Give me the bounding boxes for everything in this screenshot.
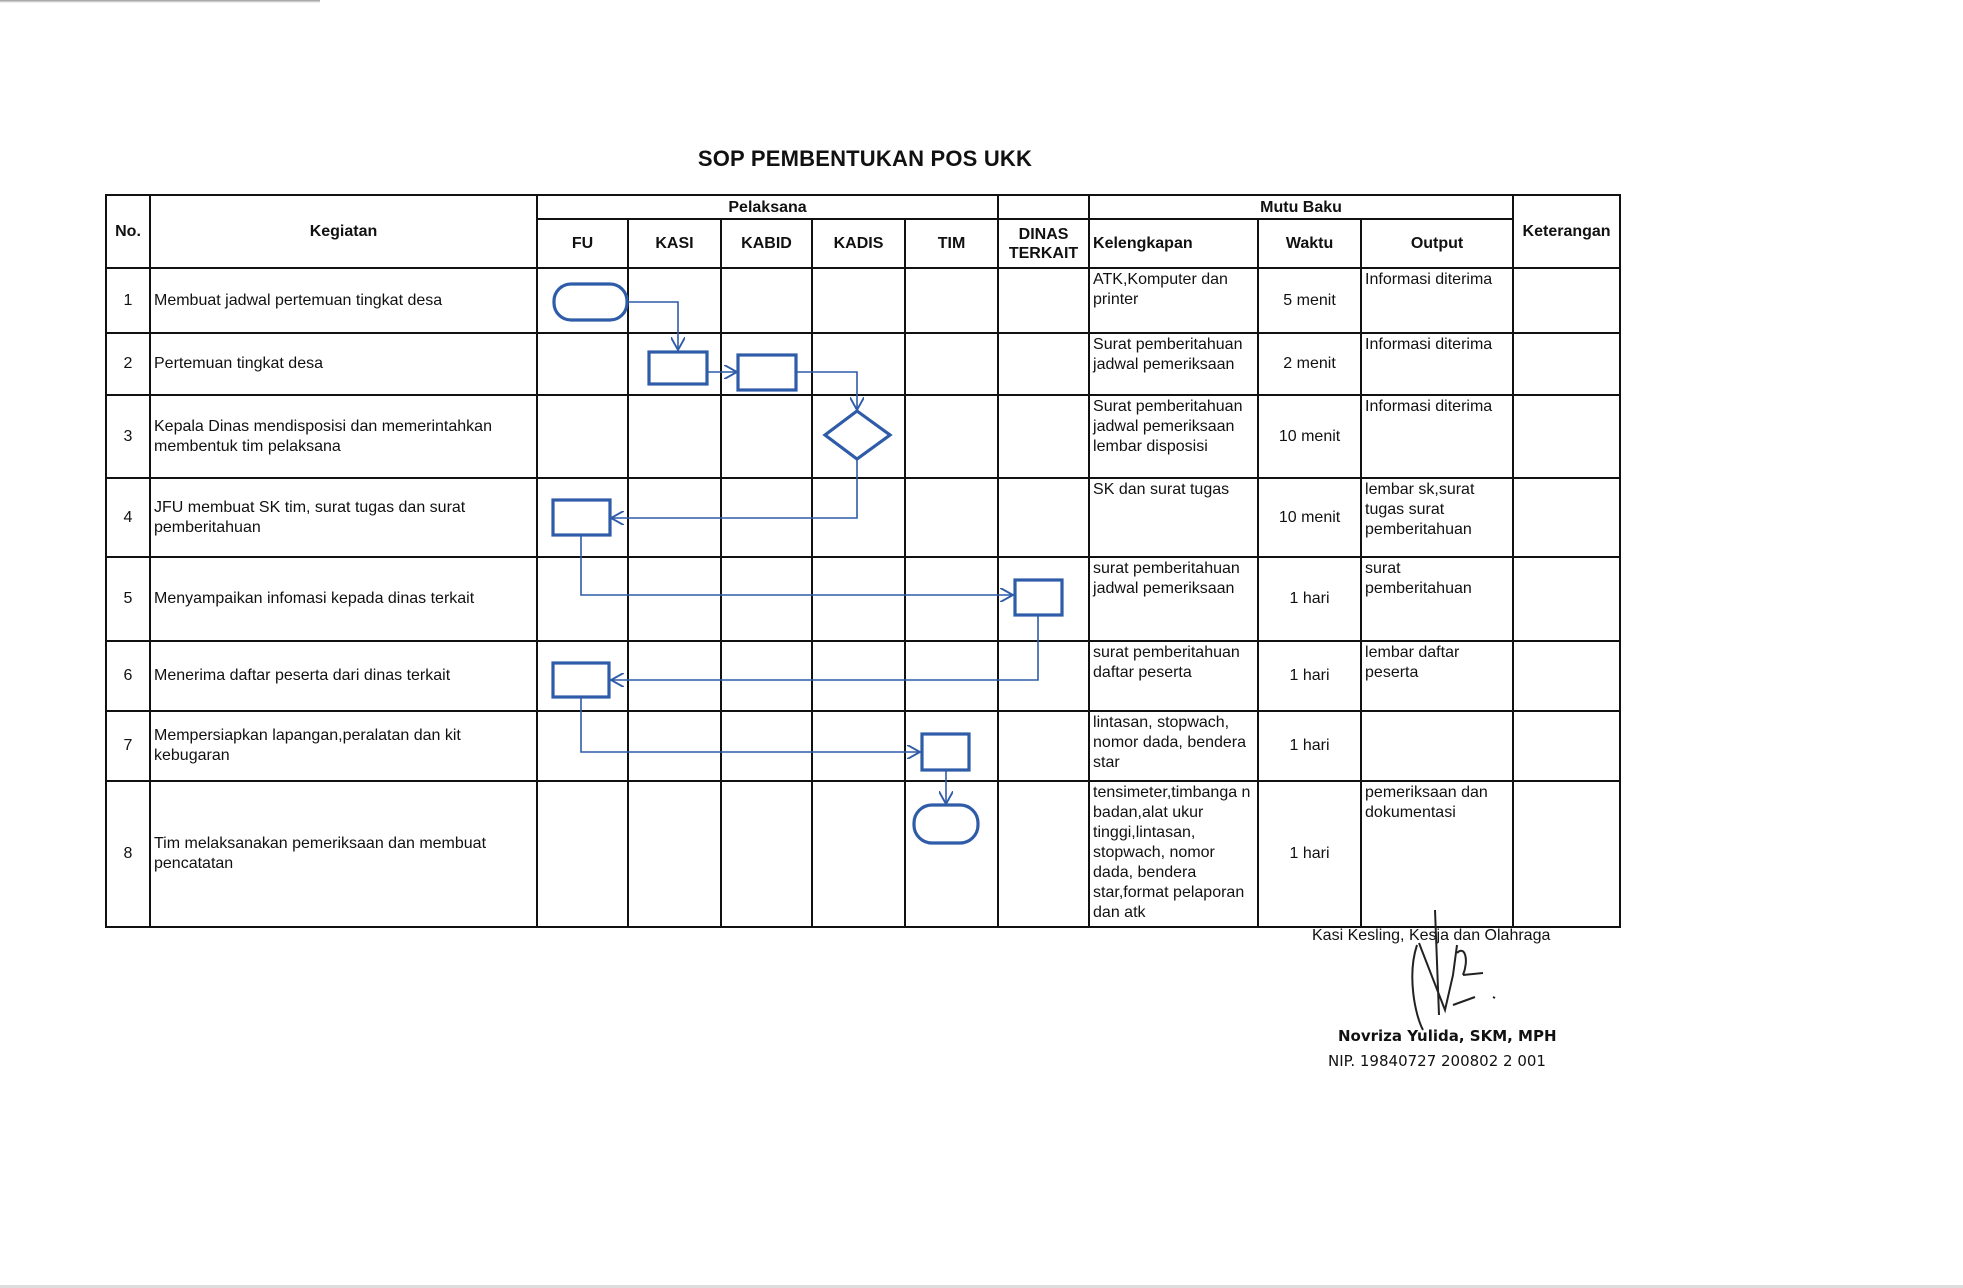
table-row: 4JFU membuat SK tim, surat tugas dan sur… [106, 478, 1620, 557]
lane-tim [905, 478, 998, 557]
lane-tim [905, 268, 998, 333]
row-output: Informasi diterima [1361, 268, 1513, 333]
row-kegiatan: JFU membuat SK tim, surat tugas dan sura… [150, 478, 537, 557]
signatory-name: Novriza Yulida, SKM, MPH [1338, 1027, 1557, 1045]
table-row: 7Mempersiapkan lapangan,peralatan dan ki… [106, 711, 1620, 781]
header-blank [998, 195, 1089, 219]
scan-edge [0, 0, 320, 3]
row-keterangan [1513, 641, 1620, 711]
row-kelengkapan: Surat pemberitahuan jadwal pemeriksaan [1089, 333, 1258, 395]
table-row: 8Tim melaksanakan pemeriksaan dan membua… [106, 781, 1620, 927]
row-output: lembar daftar peserta [1361, 641, 1513, 711]
header-mutu-baku: Mutu Baku [1089, 195, 1513, 219]
signature-scribble [1405, 905, 1525, 1035]
lane-kasi [628, 478, 721, 557]
row-keterangan [1513, 711, 1620, 781]
row-keterangan [1513, 333, 1620, 395]
lane-tim [905, 333, 998, 395]
lane-fu [537, 711, 628, 781]
lane-fu [537, 395, 628, 478]
row-kelengkapan: lintasan, stopwach, nomor dada, bendera … [1089, 711, 1258, 781]
lane-kasi [628, 781, 721, 927]
signatory-nip: NIP. 19840727 200802 2 001 [1328, 1052, 1546, 1070]
row-kegiatan: Membuat jadwal pertemuan tingkat desa [150, 268, 537, 333]
lane-tim [905, 557, 998, 641]
row-keterangan [1513, 478, 1620, 557]
lane-kasi [628, 268, 721, 333]
lane-kadis [812, 333, 905, 395]
lane-tim [905, 395, 998, 478]
lane-kabid [721, 781, 812, 927]
row-waktu: 1 hari [1258, 711, 1361, 781]
header-fu: FU [537, 219, 628, 268]
lane-kabid [721, 333, 812, 395]
document-title: SOP PEMBENTUKAN POS UKK [0, 146, 1730, 172]
row-waktu: 1 hari [1258, 781, 1361, 927]
row-kelengkapan: SK dan surat tugas [1089, 478, 1258, 557]
lane-kadis [812, 395, 905, 478]
row-kegiatan: Tim melaksanakan pemeriksaan dan membuat… [150, 781, 537, 927]
row-keterangan [1513, 395, 1620, 478]
lane-dinas-terkait [998, 333, 1089, 395]
header-no: No. [106, 195, 150, 268]
row-number: 6 [106, 641, 150, 711]
lane-kadis [812, 268, 905, 333]
row-kegiatan: Mempersiapkan lapangan,peralatan dan kit… [150, 711, 537, 781]
row-waktu: 10 menit [1258, 478, 1361, 557]
header-kegiatan: Kegiatan [150, 195, 537, 268]
row-number: 1 [106, 268, 150, 333]
row-keterangan [1513, 781, 1620, 927]
lane-kasi [628, 333, 721, 395]
header-kelengkapan: Kelengkapan [1089, 219, 1258, 268]
row-keterangan [1513, 268, 1620, 333]
lane-fu [537, 641, 628, 711]
lane-kabid [721, 395, 812, 478]
row-kelengkapan: tensimeter,timbanga n badan,alat ukur ti… [1089, 781, 1258, 927]
header-output: Output [1361, 219, 1513, 268]
row-waktu: 5 menit [1258, 268, 1361, 333]
header-kasi: KASI [628, 219, 721, 268]
lane-kadis [812, 641, 905, 711]
lane-dinas-terkait [998, 268, 1089, 333]
lane-dinas-terkait [998, 557, 1089, 641]
header-kabid: KABID [721, 219, 812, 268]
lane-dinas-terkait [998, 781, 1089, 927]
lane-dinas-terkait [998, 478, 1089, 557]
row-waktu: 1 hari [1258, 557, 1361, 641]
row-number: 3 [106, 395, 150, 478]
lane-dinas-terkait [998, 395, 1089, 478]
lane-fu [537, 478, 628, 557]
lane-kasi [628, 711, 721, 781]
row-output: surat pemberitahuan [1361, 557, 1513, 641]
lane-dinas-terkait [998, 641, 1089, 711]
header-keterangan: Keterangan [1513, 195, 1620, 268]
row-output: Informasi diterima [1361, 333, 1513, 395]
lane-kabid [721, 641, 812, 711]
row-kelengkapan: ATK,Komputer dan printer [1089, 268, 1258, 333]
row-number: 5 [106, 557, 150, 641]
row-keterangan [1513, 557, 1620, 641]
row-number: 8 [106, 781, 150, 927]
header-pelaksana: Pelaksana [537, 195, 998, 219]
header-waktu: Waktu [1258, 219, 1361, 268]
table-row: 3Kepala Dinas mendisposisi dan memerinta… [106, 395, 1620, 478]
table-row: 2Pertemuan tingkat desaSurat pemberitahu… [106, 333, 1620, 395]
lane-fu [537, 333, 628, 395]
lane-fu [537, 268, 628, 333]
lane-kabid [721, 557, 812, 641]
row-waktu: 10 menit [1258, 395, 1361, 478]
table-row: 6Menerima daftar peserta dari dinas terk… [106, 641, 1620, 711]
header-kadis: KADIS [812, 219, 905, 268]
row-kegiatan: Pertemuan tingkat desa [150, 333, 537, 395]
row-number: 4 [106, 478, 150, 557]
header-dinas-terkait: DINAS TERKAIT [998, 219, 1089, 268]
lane-kasi [628, 395, 721, 478]
lane-kabid [721, 268, 812, 333]
row-number: 7 [106, 711, 150, 781]
row-output: lembar sk,surat tugas surat pemberitahua… [1361, 478, 1513, 557]
row-kegiatan: Menyampaikan infomasi kepada dinas terka… [150, 557, 537, 641]
row-waktu: 1 hari [1258, 641, 1361, 711]
sop-table: No. Kegiatan Pelaksana Mutu Baku Keteran… [105, 194, 1621, 928]
lane-tim [905, 781, 998, 927]
header-tim: TIM [905, 219, 998, 268]
lane-kadis [812, 557, 905, 641]
row-waktu: 2 menit [1258, 333, 1361, 395]
table-row: 1Membuat jadwal pertemuan tingkat desaAT… [106, 268, 1620, 333]
lane-dinas-terkait [998, 711, 1089, 781]
lane-kasi [628, 641, 721, 711]
lane-kadis [812, 781, 905, 927]
row-kegiatan: Kepala Dinas mendisposisi dan memerintah… [150, 395, 537, 478]
row-kelengkapan: surat pemberitahuan jadwal pemeriksaan [1089, 557, 1258, 641]
table-row: 5Menyampaikan infomasi kepada dinas terk… [106, 557, 1620, 641]
row-kegiatan: Menerima daftar peserta dari dinas terka… [150, 641, 537, 711]
lane-fu [537, 557, 628, 641]
lane-kadis [812, 478, 905, 557]
row-kelengkapan: Surat pemberitahuan jadwal pemeriksaan l… [1089, 395, 1258, 478]
lane-kabid [721, 711, 812, 781]
lane-kadis [812, 711, 905, 781]
row-number: 2 [106, 333, 150, 395]
lane-tim [905, 711, 998, 781]
row-output [1361, 711, 1513, 781]
lane-kabid [721, 478, 812, 557]
row-output: Informasi diterima [1361, 395, 1513, 478]
row-kelengkapan: surat pemberitahuan daftar peserta [1089, 641, 1258, 711]
lane-kasi [628, 557, 721, 641]
lane-fu [537, 781, 628, 927]
lane-tim [905, 641, 998, 711]
